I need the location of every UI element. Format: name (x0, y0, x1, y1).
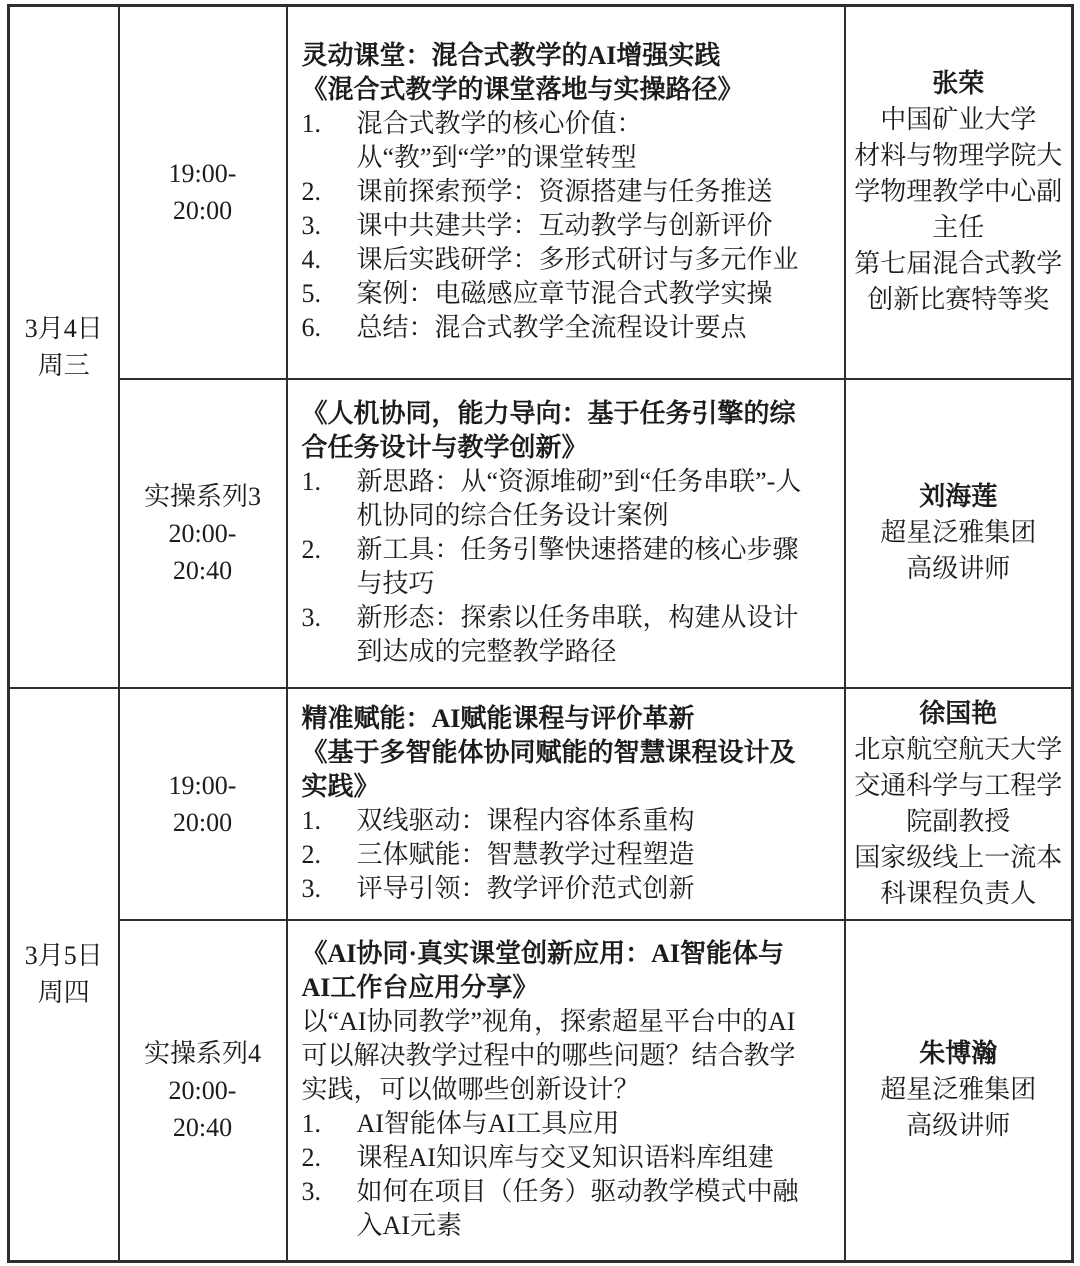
text-line: 19:00- (120, 767, 286, 804)
outline-text: 如何在项目（任务）驱动教学模式中融入AI元素 (357, 1175, 804, 1243)
text-line: 20:40 (120, 1109, 286, 1146)
date-label: 3月5日周四 (10, 937, 118, 1011)
outline-item: 6.总结：混合式教学全流程设计要点 (302, 311, 804, 345)
session-content-cell: 《人机协同，能力导向：基于任务引擎的综合任务设计与教学创新》 1.新思路：从“资… (287, 379, 845, 688)
session-title: 《AI协同·真实课堂创新应用：AI智能体与AI工作台应用分享》 (302, 937, 804, 1005)
speaker-name: 刘海莲 (852, 479, 1066, 515)
session-title: 精准赋能：AI赋能课程与评价革新《基于多智能体协同赋能的智慧课程设计及实践》 (302, 702, 804, 804)
session-intro: 以“AI协同教学”视角，探索超星平台中的AI可以解决教学过程中的哪些问题？结合教… (302, 1005, 804, 1107)
text-line: 精准赋能：AI赋能课程与评价革新 (302, 702, 804, 736)
outline-number: 4. (302, 243, 357, 277)
outline-item: 4.课后实践研学：多形式研讨与多元作业 (302, 243, 804, 277)
text-line: 第七届混合式教学创新比赛特等奖 (852, 246, 1066, 318)
outline-text: 新形态：探索以任务串联，构建从设计到达成的完整教学路径 (357, 601, 804, 669)
outline-text: 案例：电磁感应章节混合式教学实操 (357, 277, 804, 311)
outline-text: 课前探索预学：资源搭建与任务推送 (357, 175, 804, 209)
text-line: 交通科学与工程学院副教授 (852, 768, 1066, 840)
session-content-cell: 《AI协同·真实课堂创新应用：AI智能体与AI工作台应用分享》 以“AI协同教学… (287, 920, 845, 1262)
speaker-cell: 张荣 中国矿业大学材料与物理学院大学物理教学中心副主任第七届混合式教学创新比赛特… (845, 6, 1073, 379)
text-line: 《混合式教学的课堂落地与实操路径》 (302, 73, 804, 107)
outline-number: 3. (302, 601, 357, 635)
text-line: 19:00- (120, 155, 286, 192)
speaker-name: 张荣 (852, 66, 1066, 102)
outline-item: 2.课程AI知识库与交叉知识语料库组建 (302, 1141, 804, 1175)
date-label: 3月4日周三 (10, 310, 118, 384)
outline-item: 3.如何在项目（任务）驱动教学模式中融入AI元素 (302, 1175, 804, 1243)
outline-item: 1.双线驱动：课程内容体系重构 (302, 804, 804, 838)
text-line: 20:00 (120, 192, 286, 229)
outline-number: 3. (302, 209, 357, 243)
text-line: 3月5日 (10, 937, 118, 974)
speaker-org: 超星泛雅集团高级讲师 (852, 1072, 1066, 1144)
outline-item: 5.案例：电磁感应章节混合式教学实操 (302, 277, 804, 311)
session-outline: 1.新思路：从“资源堆砌”到“任务串联”-人机协同的综合任务设计案例2.新工具：… (302, 465, 804, 669)
text-line: 超星泛雅集团 (852, 515, 1066, 551)
text-line: 灵动课堂：混合式教学的AI增强实践 (302, 39, 804, 73)
table-row: 实操系列420:00-20:40 《AI协同·真实课堂创新应用：AI智能体与AI… (9, 920, 1073, 1262)
speaker-cell: 朱博瀚 超星泛雅集团高级讲师 (845, 920, 1073, 1262)
outline-text: 总结：混合式教学全流程设计要点 (357, 311, 804, 345)
speaker-cell: 徐国艳 北京航空航天大学交通科学与工程学院副教授国家级线上一流本科课程负责人 (845, 688, 1073, 920)
time-label: 实操系列420:00-20:40 (120, 1035, 286, 1146)
text-line: 周三 (10, 347, 118, 384)
text-line: 材料与物理学院大学物理教学中心副主任 (852, 138, 1066, 246)
session-outline: 1.双线驱动：课程内容体系重构2.三体赋能：智慧教学过程塑造3.评导引领：教学评… (302, 804, 804, 906)
outline-text: 混合式教学的核心价值：从“教”到“学”的课堂转型 (357, 107, 804, 175)
outline-text: AI智能体与AI工具应用 (357, 1107, 804, 1141)
text-line: 20:40 (120, 552, 286, 589)
outline-item: 1.混合式教学的核心价值：从“教”到“学”的课堂转型 (302, 107, 804, 175)
outline-number: 6. (302, 311, 357, 345)
text-line: 《基于多智能体协同赋能的智慧课程设计及实践》 (302, 736, 804, 804)
session-title: 灵动课堂：混合式教学的AI增强实践《混合式教学的课堂落地与实操路径》 (302, 39, 804, 107)
time-label: 实操系列320:00-20:40 (120, 478, 286, 589)
outline-number: 2. (302, 533, 357, 567)
table-row: 3月4日周三 19:00-20:00 灵动课堂：混合式教学的AI增强实践《混合式… (9, 6, 1073, 379)
outline-text: 三体赋能：智慧教学过程塑造 (357, 838, 804, 872)
outline-number: 1. (302, 107, 357, 141)
schedule-page: 3月4日周三 19:00-20:00 灵动课堂：混合式教学的AI增强实践《混合式… (0, 0, 1080, 1266)
outline-item: 1.新思路：从“资源堆砌”到“任务串联”-人机协同的综合任务设计案例 (302, 465, 804, 533)
outline-item: 1.AI智能体与AI工具应用 (302, 1107, 804, 1141)
outline-item: 2.新工具：任务引擎快速搭建的核心步骤与技巧 (302, 533, 804, 601)
time-cell: 实操系列420:00-20:40 (119, 920, 287, 1262)
text-line: 实操系列4 (120, 1035, 286, 1072)
text-line: 北京航空航天大学 (852, 732, 1066, 768)
table-row: 3月5日周四 19:00-20:00 精准赋能：AI赋能课程与评价革新《基于多智… (9, 688, 1073, 920)
outline-number: 1. (302, 465, 357, 499)
outline-number: 3. (302, 1175, 357, 1209)
text-line: 实操系列3 (120, 478, 286, 515)
outline-number: 3. (302, 872, 357, 906)
outline-text: 新工具：任务引擎快速搭建的核心步骤与技巧 (357, 533, 804, 601)
outline-text: 评导引领：教学评价范式创新 (357, 872, 804, 906)
text-line: 20:00- (120, 1072, 286, 1109)
text-line: 3月4日 (10, 310, 118, 347)
outline-number: 1. (302, 804, 357, 838)
speaker-org: 北京航空航天大学交通科学与工程学院副教授国家级线上一流本科课程负责人 (852, 732, 1066, 912)
speaker-org: 超星泛雅集团高级讲师 (852, 515, 1066, 587)
outline-item: 3.评导引领：教学评价范式创新 (302, 872, 804, 906)
text-line: 超星泛雅集团 (852, 1072, 1066, 1108)
session-content-cell: 精准赋能：AI赋能课程与评价革新《基于多智能体协同赋能的智慧课程设计及实践》 1… (287, 688, 845, 920)
time-cell: 19:00-20:00 (119, 6, 287, 379)
time-label: 19:00-20:00 (120, 767, 286, 841)
outline-text: 课后实践研学：多形式研讨与多元作业 (357, 243, 804, 277)
text-line: 20:00- (120, 515, 286, 552)
session-content-cell: 灵动课堂：混合式教学的AI增强实践《混合式教学的课堂落地与实操路径》 1.混合式… (287, 6, 845, 379)
table-row: 实操系列320:00-20:40 《人机协同，能力导向：基于任务引擎的综合任务设… (9, 379, 1073, 688)
outline-text: 课中共建共学：互动教学与创新评价 (357, 209, 804, 243)
outline-item: 3.课中共建共学：互动教学与创新评价 (302, 209, 804, 243)
session-outline: 1.AI智能体与AI工具应用2.课程AI知识库与交叉知识语料库组建3.如何在项目… (302, 1107, 804, 1243)
outline-number: 5. (302, 277, 357, 311)
text-line: 《人机协同，能力导向：基于任务引擎的综合任务设计与教学创新》 (302, 397, 804, 465)
text-line: 《AI协同·真实课堂创新应用：AI智能体与AI工作台应用分享》 (302, 937, 804, 1005)
text-line: 中国矿业大学 (852, 102, 1066, 138)
outline-item: 2.课前探索预学：资源搭建与任务推送 (302, 175, 804, 209)
outline-item: 3.新形态：探索以任务串联，构建从设计到达成的完整教学路径 (302, 601, 804, 669)
outline-number: 2. (302, 1141, 357, 1175)
text-line: 国家级线上一流本科课程负责人 (852, 840, 1066, 912)
time-cell: 19:00-20:00 (119, 688, 287, 920)
outline-text: 新思路：从“资源堆砌”到“任务串联”-人机协同的综合任务设计案例 (357, 465, 804, 533)
outline-number: 2. (302, 175, 357, 209)
outline-text: 双线驱动：课程内容体系重构 (357, 804, 804, 838)
outline-text: 课程AI知识库与交叉知识语料库组建 (357, 1141, 804, 1175)
date-cell-mar4: 3月4日周三 (9, 6, 119, 688)
speaker-name: 朱博瀚 (852, 1036, 1066, 1072)
text-line: 高级讲师 (852, 1108, 1066, 1144)
speaker-name: 徐国艳 (852, 696, 1066, 732)
time-cell: 实操系列320:00-20:40 (119, 379, 287, 688)
session-title: 《人机协同，能力导向：基于任务引擎的综合任务设计与教学创新》 (302, 397, 804, 465)
schedule-table: 3月4日周三 19:00-20:00 灵动课堂：混合式教学的AI增强实践《混合式… (7, 4, 1074, 1263)
time-label: 19:00-20:00 (120, 155, 286, 229)
outline-item: 2.三体赋能：智慧教学过程塑造 (302, 838, 804, 872)
speaker-cell: 刘海莲 超星泛雅集团高级讲师 (845, 379, 1073, 688)
outline-number: 2. (302, 838, 357, 872)
text-line: 周四 (10, 974, 118, 1011)
text-line: 20:00 (120, 804, 286, 841)
outline-number: 1. (302, 1107, 357, 1141)
date-cell-mar5: 3月5日周四 (9, 688, 119, 1262)
text-line: 高级讲师 (852, 551, 1066, 587)
session-outline: 1.混合式教学的核心价值：从“教”到“学”的课堂转型2.课前探索预学：资源搭建与… (302, 107, 804, 345)
speaker-org: 中国矿业大学材料与物理学院大学物理教学中心副主任第七届混合式教学创新比赛特等奖 (852, 102, 1066, 318)
